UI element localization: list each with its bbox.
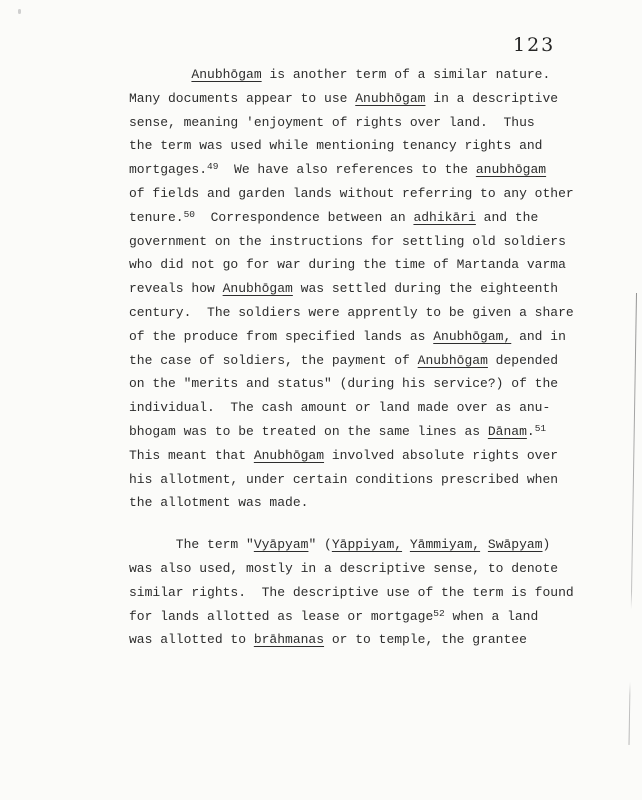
text-line: who did not go for war during the time o… <box>129 253 609 277</box>
underlined-term: Yāmmiyam, <box>410 537 480 552</box>
text-line: The term "Vyāpyam" (Yāppiyam, Yāmmiyam, … <box>129 533 609 557</box>
text-segment: was allotted to <box>129 632 254 647</box>
underlined-term: Anubhōgam <box>223 281 293 296</box>
text-line: tenure.50 Correspondence between an adhi… <box>129 206 609 230</box>
underlined-term: brāhmanas <box>254 632 324 647</box>
footnote-reference: 49 <box>207 161 218 172</box>
text-segment: . <box>527 424 535 439</box>
text-line: bhogam was to be treated on the same lin… <box>129 420 609 444</box>
document-page: 123 Anubhōgam is another term of a simil… <box>0 0 642 800</box>
footnote-reference: 52 <box>433 608 444 619</box>
text-segment: of the produce from specified lands as <box>129 329 433 344</box>
text-segment: ) <box>543 537 551 552</box>
text-segment: sense, meaning 'enjoyment of rights over… <box>129 115 535 130</box>
text-segment: reveals how <box>129 281 223 296</box>
text-line: sense, meaning 'enjoyment of rights over… <box>129 111 609 135</box>
underlined-term: Anubhōgam <box>355 91 425 106</box>
underlined-term: Yāppiyam, <box>332 537 402 552</box>
text-line: was allotted to brāhmanas or to temple, … <box>129 628 609 652</box>
underlined-term: Dānam <box>488 424 527 439</box>
text-segment: was settled during the eighteenth <box>293 281 558 296</box>
text-segment: We have also references to the <box>218 162 475 177</box>
text-line: the case of soldiers, the payment of Anu… <box>129 349 609 373</box>
underlined-term: Anubhōgam <box>191 67 261 82</box>
text-line: reveals how Anubhōgam was settled during… <box>129 277 609 301</box>
text-line: government on the instructions for settl… <box>129 230 609 254</box>
text-line: Many documents appear to use Anubhōgam i… <box>129 87 609 111</box>
underlined-term: Anubhōgam <box>418 353 488 368</box>
text-segment: Many documents appear to use <box>129 91 355 106</box>
text-line: his allotment, under certain conditions … <box>129 468 609 492</box>
underlined-term: Vyāpyam <box>254 537 309 552</box>
footnote-reference: 50 <box>184 209 195 220</box>
text-segment: of fields and garden lands without refer… <box>129 186 574 201</box>
text-segment: similar rights. The descriptive use of t… <box>129 585 574 600</box>
text-line: the allotment was made. <box>129 491 609 515</box>
scan-speck-artifact <box>18 9 21 14</box>
underlined-term: adhikāri <box>413 210 475 225</box>
text-line: of fields and garden lands without refer… <box>129 182 609 206</box>
text-segment: individual. The cash amount or land made… <box>129 400 550 415</box>
footnote-reference: 51 <box>535 423 546 434</box>
text-segment <box>402 537 410 552</box>
text-segment: bhogam was to be treated on the same lin… <box>129 424 488 439</box>
underlined-term: Anubhōgam <box>254 448 324 463</box>
text-segment: Correspondence between an <box>195 210 413 225</box>
body-text: Anubhōgam is another term of a similar n… <box>129 63 609 652</box>
text-line: century. The soldiers were apprently to … <box>129 301 609 325</box>
text-segment: in a descriptive <box>425 91 558 106</box>
text-segment <box>480 537 488 552</box>
text-segment: government on the instructions for settl… <box>129 234 566 249</box>
text-segment: depended <box>488 353 558 368</box>
paragraph: Anubhōgam is another term of a similar n… <box>129 63 609 515</box>
text-segment: the term was used while mentioning tenan… <box>129 138 542 153</box>
text-line: This meant that Anubhōgam involved absol… <box>129 444 609 468</box>
underlined-term: Swāpyam <box>488 537 543 552</box>
text-line: on the "merits and status" (during his s… <box>129 372 609 396</box>
text-segment: and in <box>511 329 566 344</box>
text-line: Anubhōgam is another term of a similar n… <box>129 63 609 87</box>
text-segment: This meant that <box>129 448 254 463</box>
text-line: individual. The cash amount or land made… <box>129 396 609 420</box>
text-segment: or to temple, the grantee <box>324 632 527 647</box>
text-segment: the case of soldiers, the payment of <box>129 353 418 368</box>
text-segment: who did not go for war during the time o… <box>129 257 566 272</box>
text-segment: " ( <box>308 537 331 552</box>
text-segment: for lands allotted as lease or mortgage <box>129 609 433 624</box>
text-segment: when a land <box>445 609 539 624</box>
text-segment: the allotment was made. <box>129 495 308 510</box>
text-line: was also used, mostly in a descriptive s… <box>129 557 609 581</box>
text-line: similar rights. The descriptive use of t… <box>129 581 609 605</box>
underlined-term: Anubhōgam, <box>433 329 511 344</box>
text-segment: and the <box>476 210 538 225</box>
scan-line-artifact <box>629 293 637 745</box>
text-segment <box>129 67 191 82</box>
text-segment: involved absolute rights over <box>324 448 558 463</box>
paragraph: The term "Vyāpyam" (Yāppiyam, Yāmmiyam, … <box>129 533 609 652</box>
text-line: the term was used while mentioning tenan… <box>129 134 609 158</box>
text-line: mortgages.49 We have also references to … <box>129 158 609 182</box>
text-segment: his allotment, under certain conditions … <box>129 472 558 487</box>
text-line: of the produce from specified lands as A… <box>129 325 609 349</box>
text-line: for lands allotted as lease or mortgage5… <box>129 605 609 629</box>
text-segment: was also used, mostly in a descriptive s… <box>129 561 558 576</box>
text-segment: mortgages. <box>129 162 207 177</box>
text-segment: is another term of a similar nature. <box>262 67 551 82</box>
underlined-term: anubhōgam <box>476 162 546 177</box>
text-segment: century. The soldiers were apprently to … <box>129 305 574 320</box>
text-segment: on the "merits and status" (during his s… <box>129 376 558 391</box>
page-number: 123 <box>513 34 555 56</box>
text-segment: tenure. <box>129 210 184 225</box>
text-segment: The term " <box>129 537 254 552</box>
